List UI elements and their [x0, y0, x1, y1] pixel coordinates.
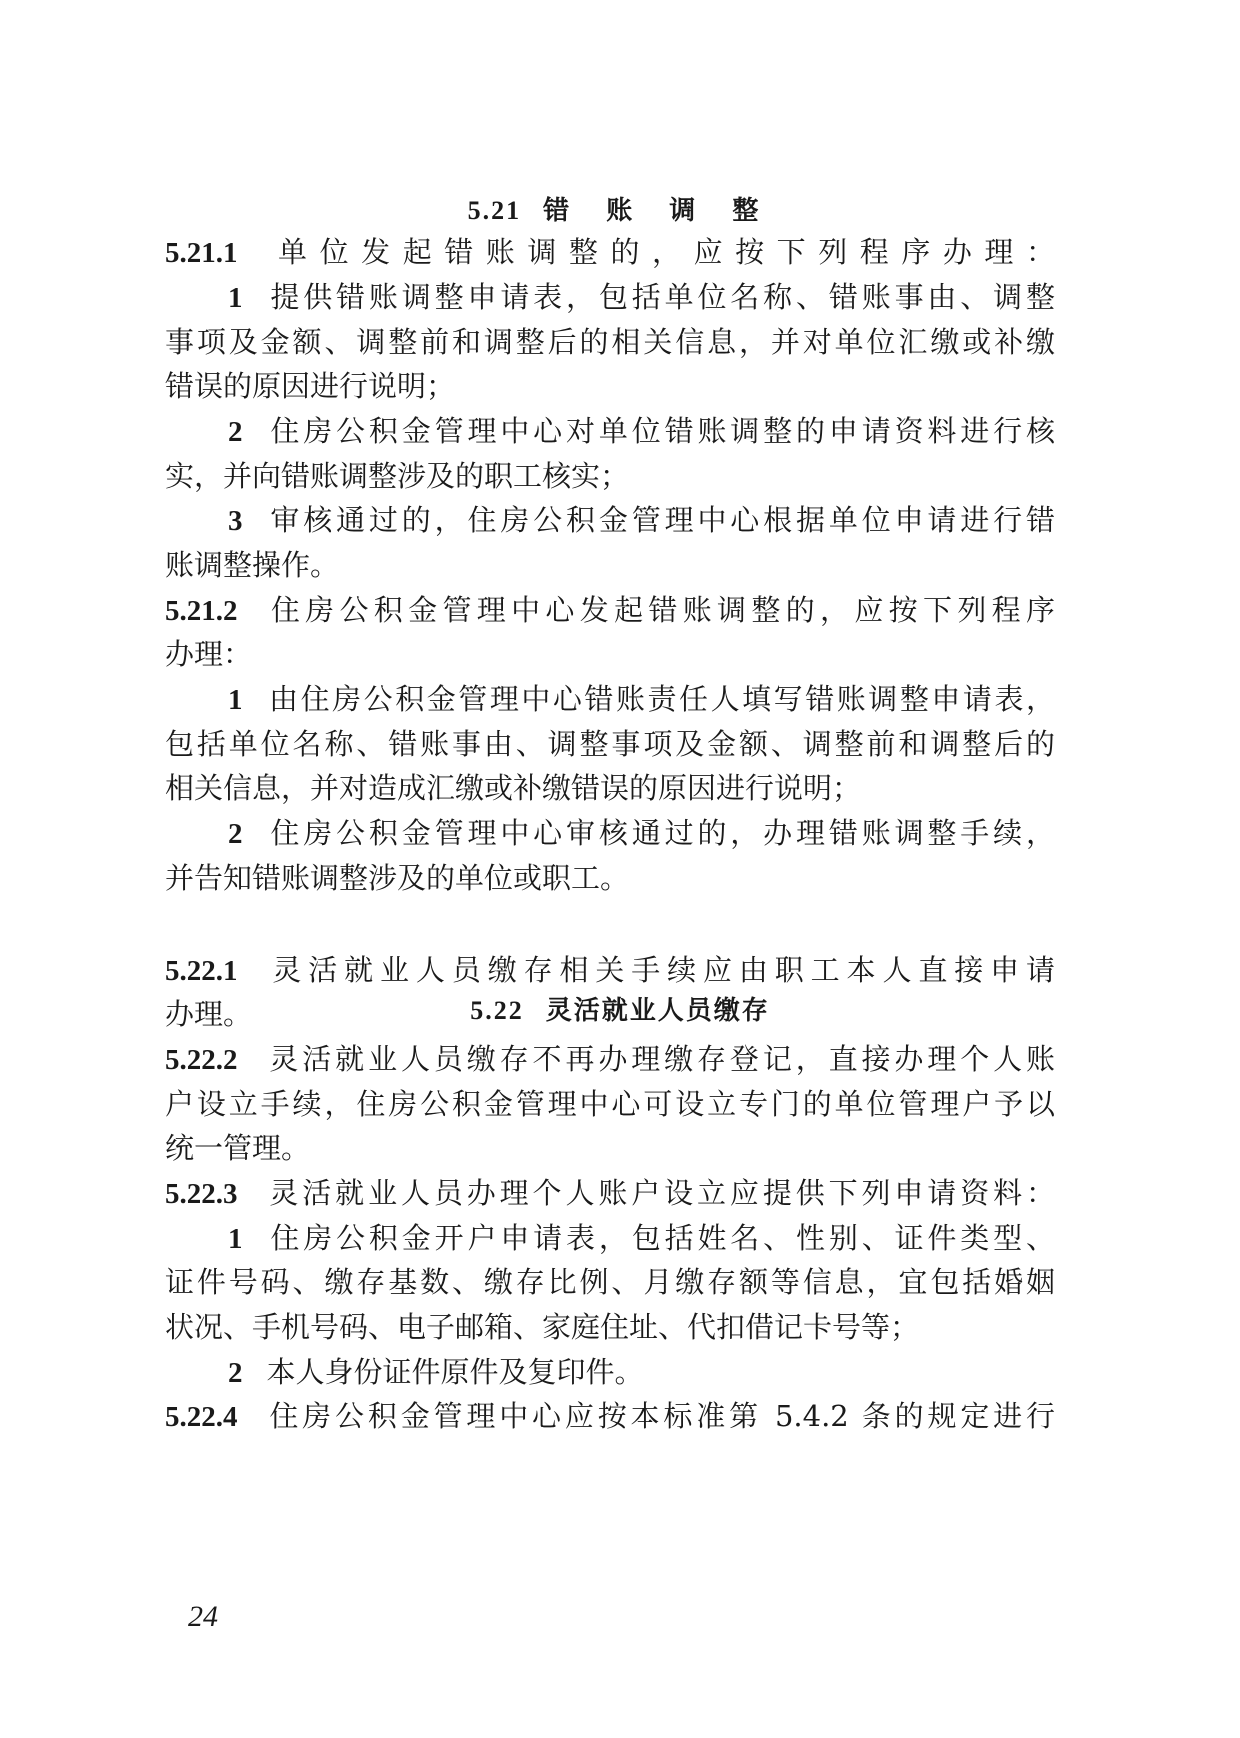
list-item: 1由住房公积金管理中心错账责任人填写错账调整申请表， [228, 679, 1055, 720]
clause-5-22-4: 5.22.4住房公积金管理中心应按本标准第 5.4.2 条的规定进行 [165, 1396, 1055, 1437]
clause-5-22-2: 5.22.2灵活就业人员缴存不再办理缴存登记，直接办理个人账 [165, 1039, 1055, 1080]
section-title: 错 账 调 整 [543, 196, 772, 226]
section-heading-5-21: 5.21错 账 调 整 [0, 190, 1240, 227]
clause-5-21-1: 5.21.1单位发起错账调整的，应按下列程序办理： [165, 232, 1055, 273]
clause-5-21-2: 5.21.2住房公积金管理中心发起错账调整的，应按下列程序 [165, 590, 1055, 631]
list-item: 2本人身份证件原件及复印件。 [228, 1352, 1055, 1393]
text-line: 包括单位名称、错账事由、调整事项及金额、调整前和调整后的 [165, 724, 1055, 764]
list-item: 1提供错账调整申请表，包括单位名称、错账事由、调整 [228, 277, 1055, 318]
text-line: 证件号码、缴存基数、缴存比例、月缴存额等信息，宜包括婚姻 [165, 1262, 1055, 1302]
text-line: 账调整操作。 [165, 545, 1055, 585]
page-number: 24 [188, 1600, 218, 1634]
text-line: 状况、手机号码、电子邮箱、家庭住址、代扣借记卡号等； [165, 1307, 1055, 1347]
section-number: 5.21 [468, 196, 522, 225]
list-item: 2住房公积金管理中心对单位错账调整的申请资料进行核 [228, 411, 1055, 452]
text-line: 实，并向错账调整涉及的职工核实； [165, 456, 1055, 496]
list-item: 3审核通过的，住房公积金管理中心根据单位申请进行错 [228, 500, 1055, 541]
text-line: 错误的原因进行说明； [165, 366, 1055, 406]
text-line: 并告知错账调整涉及的单位或职工。 [165, 858, 1055, 898]
list-item: 1住房公积金开户申请表，包括姓名、性别、证件类型、 [228, 1218, 1055, 1259]
text-line: 户设立手续，住房公积金管理中心可设立专门的单位管理户予以 [165, 1084, 1055, 1124]
text-line: 事项及金额、调整前和调整后的相关信息，并对单位汇缴或补缴 [165, 322, 1055, 362]
text-line: 办理。 [165, 994, 1055, 1034]
clause-5-22-3: 5.22.3灵活就业人员办理个人账户设立应提供下列申请资料： [165, 1173, 1055, 1214]
document-page: 5.21错 账 调 整 5.21.1单位发起错账调整的，应按下列程序办理： 1提… [0, 0, 1240, 1738]
text-line: 办理： [165, 634, 1055, 674]
text-line: 相关信息，并对造成汇缴或补缴错误的原因进行说明； [165, 768, 1055, 808]
list-item: 2住房公积金管理中心审核通过的，办理错账调整手续， [228, 813, 1055, 854]
clause-5-22-1: 5.22.1灵活就业人员缴存相关手续应由职工本人直接申请 [165, 950, 1055, 991]
text-line: 统一管理。 [165, 1128, 1055, 1168]
